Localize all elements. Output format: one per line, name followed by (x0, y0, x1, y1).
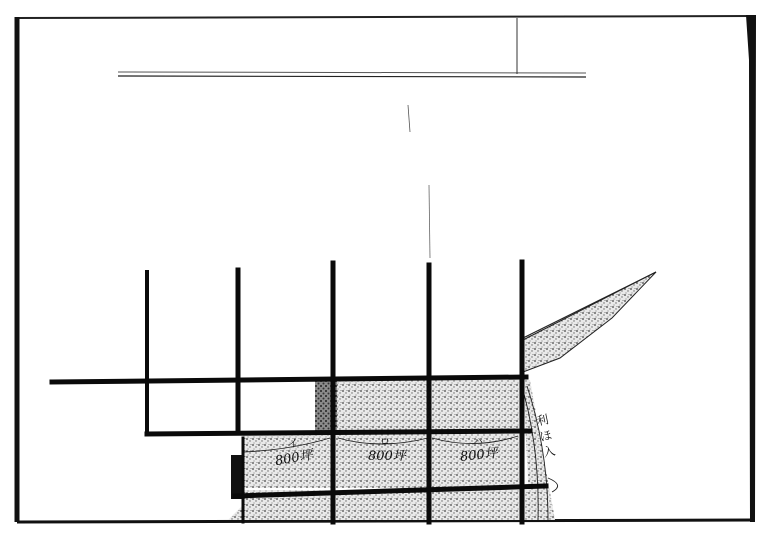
side-annotation-char: 入 (541, 443, 558, 462)
plot-mark-ha: ハ (473, 438, 483, 448)
plot-mark-i: イ (288, 440, 298, 450)
plot-area-ha: 800坪 (459, 447, 498, 464)
wedge-shape (523, 272, 656, 372)
land-plot-diagram: イ 800坪 ロ 800坪 ハ 800坪 利 ほ 入 (0, 0, 768, 541)
upper-road-lines (118, 18, 586, 258)
plot-mark-ro: ロ (380, 438, 390, 448)
plot-area-ro: 800坪 (368, 450, 406, 463)
